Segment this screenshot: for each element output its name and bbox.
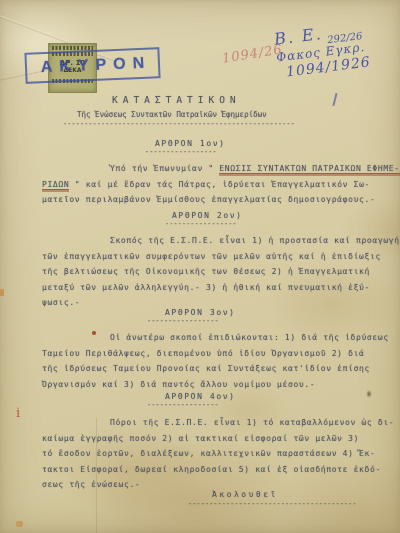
title-rule: ----------------------------------------… — [63, 120, 295, 128]
document-line: τῶν ἐπαγγελματικῶν συμφερόντων τῶν μελῶν… — [42, 249, 382, 265]
article-4-rule: ----------------- — [147, 401, 219, 409]
handwritten-registry-note: Β. Ε.292/26 Φακος Εγκρ. 1094/1926 — [273, 21, 372, 83]
document-title: ΚΑΤΑΣΤΑΤΙΚΟΝ — [112, 95, 241, 106]
underlined-union-name: ΡΙΔΩΝ — [42, 180, 69, 190]
document-line: τῆς ἱδρύσεως Ταμείου Προνοίας καί Συντάξ… — [42, 361, 382, 377]
document-line: καίωμα ἐγγραφῆς ποσόν 2) αἱ τακτικαί εἰσ… — [42, 431, 382, 447]
document-line: Ὑπό τήν Ἐπωνυμίαν " ΕΝΩΣΙΣ ΣΥΝΤΑΚΤΩΝ ΠΑΤ… — [42, 161, 382, 177]
document-subtitle: Τῆς Ἑνώσεως Συντακτῶν Πατραϊκῶν Ἐφημερίδ… — [77, 110, 267, 119]
article-3-body: Οἱ ἀνωτέρω σκοποί ἐπιδιώκονται: 1) διά τ… — [42, 330, 382, 392]
article-1-rule: ----------------- — [145, 148, 217, 156]
document-line: Ὀργανισμόν καί 3) διά παντός ἄλλου νομίμ… — [42, 377, 382, 393]
article-2-rule: ----------------- — [165, 220, 237, 228]
document-line: Σκοπός τῆς Ε.Σ.Π.Ε. εἶναι 1) ἡ προστασία… — [42, 233, 382, 249]
line-segment: Ὑπό τήν Ἐπωνυμίαν " — [110, 164, 219, 173]
article-3-heading: ΑΡΘΡΟΝ 3ον) — [165, 308, 236, 317]
void-stamp-label: ΑΚΥΡΟΝ — [33, 54, 151, 77]
document-line: μεταξύ τῶν μελῶν ἀλληλεγγύη.- 3) ἡ ἠθική… — [42, 280, 382, 296]
document-line: Οἱ ἀνωτέρω σκοποί ἐπιδιώκονται: 1) διά τ… — [42, 330, 382, 346]
article-2-heading: ΑΡΘΡΟΝ 2ον) — [172, 211, 243, 220]
document-line: τακτοι Εἰσφοραί, δωρεαί κληροδοσίαι 5) κ… — [42, 462, 382, 478]
article-1-body: Ὑπό τήν Ἐπωνυμίαν " ΕΝΩΣΙΣ ΣΥΝΤΑΚΤΩΝ ΠΑΤ… — [42, 161, 382, 208]
scanned-document-page: ΔΡ. 10 ΔΕΚΑ ΑΚΥΡΟΝ 1094/26 Β. Ε.292/26 Φ… — [0, 0, 400, 533]
article-1-heading: ΑΡΘΡΟΝ 1ον) — [155, 139, 226, 148]
article-3-rule: ----------------- — [147, 317, 219, 325]
document-line: Ταμείου Περιθάλψεως, διεπομένου ὑπό ἰδίο… — [42, 346, 382, 362]
document-line: Πόροι τῆς Ε.Σ.Π.Ε. εἶναι 1) τό καταβαλλό… — [42, 415, 382, 431]
line-segment: " καί μέ ἕδραν τάς Πάτρας, ἱδρύεται Ἐπαγ… — [69, 180, 370, 189]
pen-mark — [332, 93, 337, 106]
document-line: τό ἔσοδον ἑορτῶν, διαλέξεων, καλλιτεχνικ… — [42, 446, 382, 462]
article-2-body: Σκοπός τῆς Ε.Σ.Π.Ε. εἶναι 1) ἡ προστασία… — [42, 233, 382, 311]
void-stamp: ΑΚΥΡΟΝ — [24, 47, 160, 84]
document-line: ματεῖον περιλαμβάνον Ἐμμίσθους ἐπαγγελμα… — [42, 192, 382, 208]
document-line: τῆς βελτιώσεως τῆς Οἰκονομικῆς των θέσεω… — [42, 264, 382, 280]
closing-word: Ἀκολουθεῖ — [212, 490, 278, 499]
red-pencil-mark: i — [16, 406, 20, 421]
edge-stain — [16, 521, 23, 527]
closing-rule: ---------------------------------------- — [188, 500, 357, 508]
underlined-union-name: ΕΝΩΣΙΣ ΣΥΝΤΑΚΤΩΝ ΠΑΤΡΑΙΚΩΝ ΕΦΗΜΕ- — [219, 164, 399, 174]
document-line: ΡΙΔΩΝ " καί μέ ἕδραν τάς Πάτρας, ἱδρύετα… — [42, 177, 382, 193]
edge-stain — [0, 289, 4, 296]
article-4-heading: ΑΡΘΡΟΝ 4ον) — [165, 392, 236, 401]
article-4-body: Πόροι τῆς Ε.Σ.Π.Ε. εἶναι 1) τό καταβαλλό… — [42, 415, 382, 493]
